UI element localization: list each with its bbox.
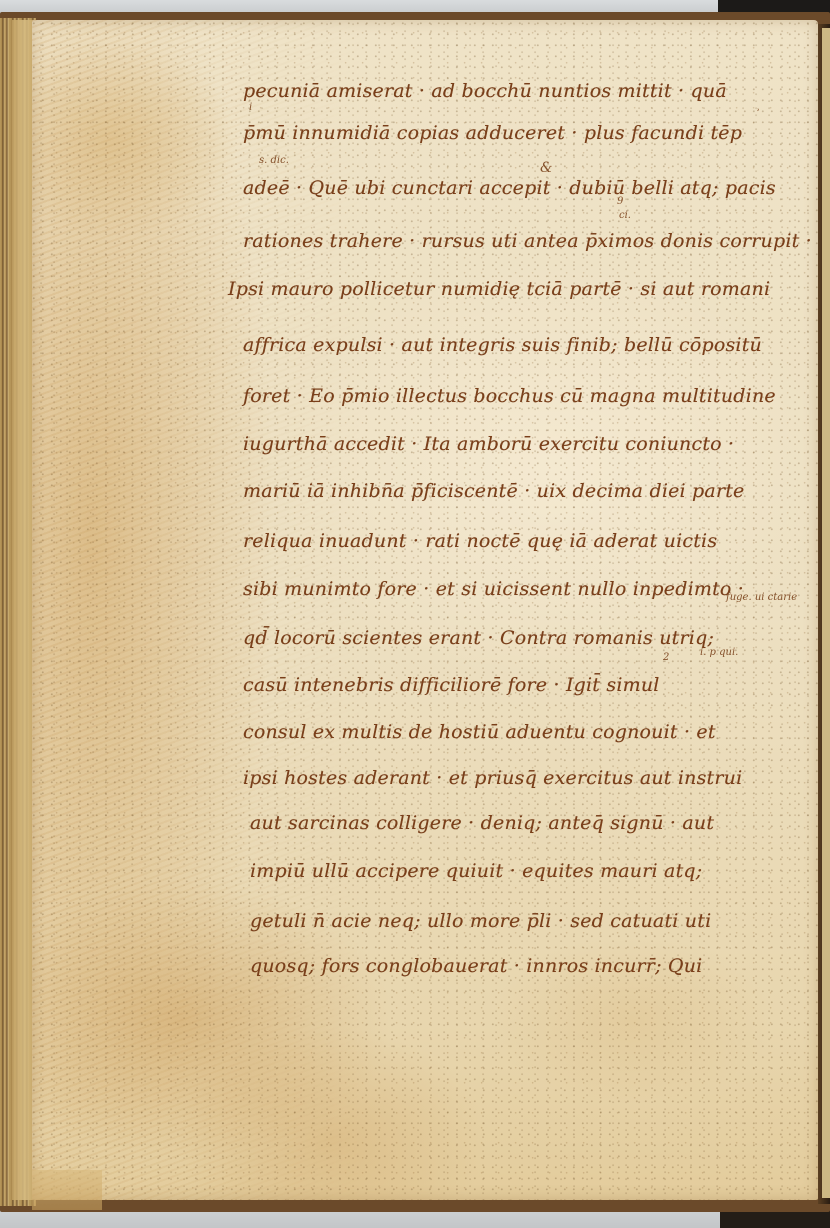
text-line-10: reliqua inuadunt · rati noctē quę iā ade…: [243, 530, 717, 552]
manuscript-scene: pecuniā amiserat · ad bocchū nuntios mit…: [0, 0, 830, 1228]
interlinear-gloss: 2: [663, 652, 669, 663]
text-line-5: Ipsi mauro pollicetur numidię tciā partē…: [228, 278, 770, 300]
manuscript-text-block: pecuniā amiserat · ad bocchū nuntios mit…: [0, 0, 830, 1228]
interlinear-gloss: ci.: [619, 210, 631, 221]
text-line-16: aut sarcinas colligere · deniq; anteq̄ s…: [250, 812, 714, 834]
text-line-3: adeē · Quē ubi cunctari accepit · dubiū …: [243, 177, 776, 199]
text-line-19: quosq; fors conglobauerat · innros incur…: [250, 955, 702, 977]
text-line-15: ipsi hostes aderant · et priusq̄ exercit…: [243, 767, 742, 789]
text-line-7: foret · Eo p̄mio illectus bocchus cū mag…: [243, 385, 776, 407]
interlinear-gloss: i: [249, 102, 252, 113]
text-line-2: p̄mū innumidiā copias adduceret · plus f…: [243, 122, 742, 144]
text-line-4: rationes trahere · rursus uti antea p̄xi…: [243, 230, 812, 252]
interlinear-gloss: ʾ: [756, 108, 759, 119]
text-line-8: iugurthā accedit · Ita amborū exercitu c…: [243, 433, 734, 455]
interlinear-gloss: s. dic.: [259, 155, 289, 166]
text-line-9: mariū iā inhibn̄a p̄ficiscentē · uix dec…: [243, 480, 745, 502]
text-line-18: getuli n̄ acie neq; ullo more p̄li · sed…: [250, 910, 711, 932]
text-line-14: consul ex multis de hostiū aduentu cogno…: [243, 721, 716, 743]
marginal-gloss: fuge. ui ctarie: [726, 592, 797, 603]
text-line-13: casū intenebris difficiliorē fore · Igit…: [243, 674, 660, 696]
text-line-6: affrica expulsi · aut integris suis fini…: [243, 334, 762, 356]
text-line-11: sibi munimto fore · et si uicissent null…: [243, 578, 744, 600]
interlinear-gloss: &: [540, 160, 552, 176]
interlinear-gloss: 9: [617, 196, 623, 207]
interlinear-gloss: i. p qui.: [700, 647, 738, 658]
text-line-12: qd̄ locorū scientes erant · Contra roman…: [243, 627, 714, 649]
text-line-17: impiū ullū accipere quiuit · equites mau…: [250, 860, 702, 882]
text-line-1: pecuniā amiserat · ad bocchū nuntios mit…: [243, 80, 727, 102]
